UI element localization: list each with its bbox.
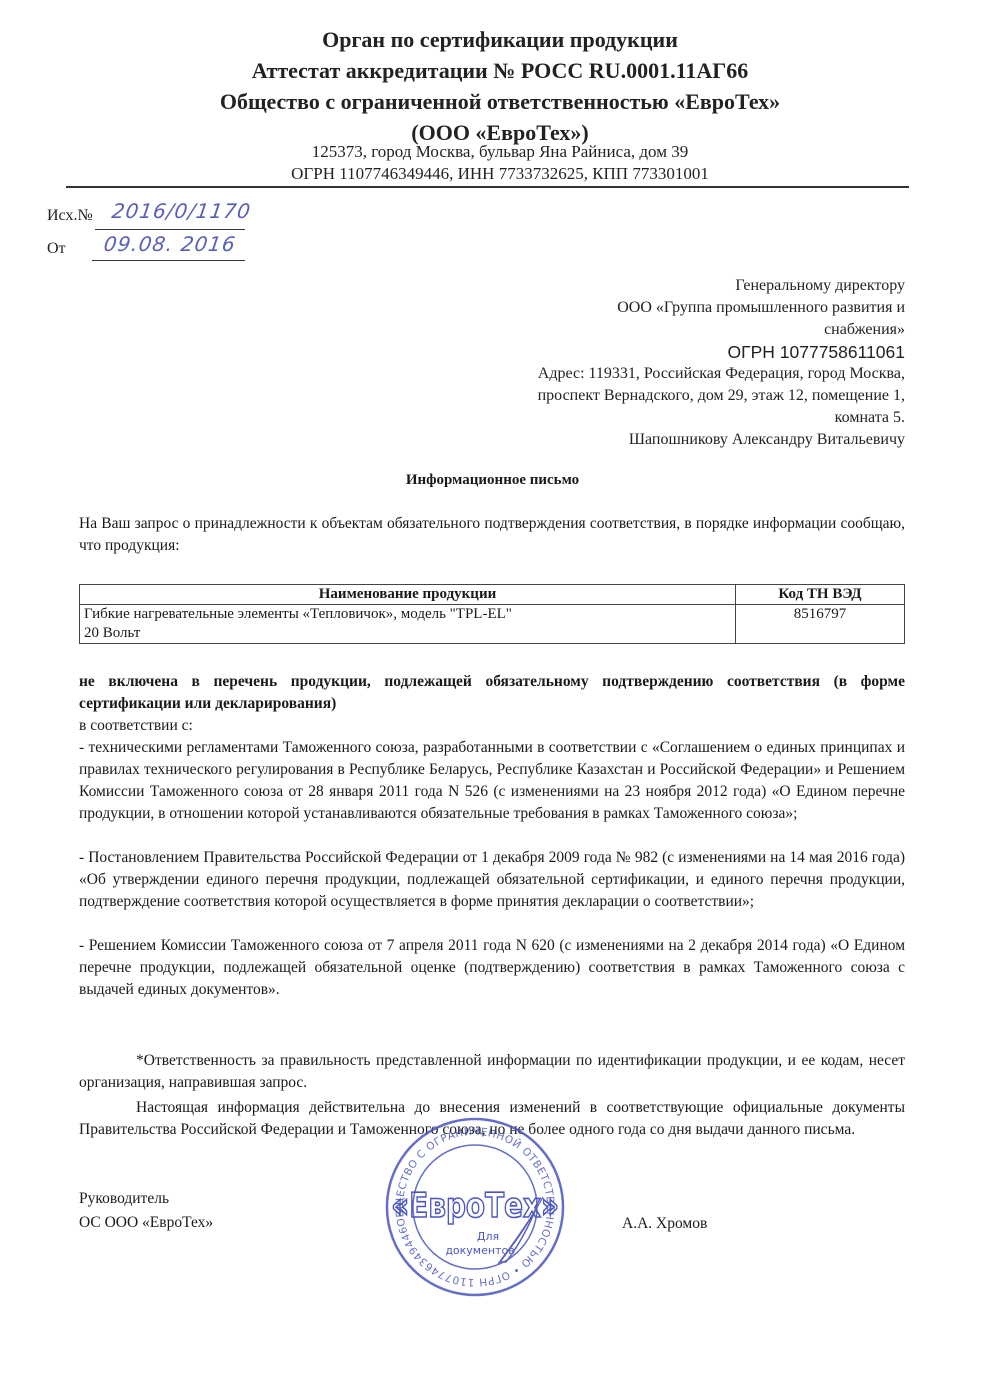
header-registration: ОГРН 1107746349446, ИНН 7733732625, КПП … (0, 163, 1000, 185)
letter-intro: На Ваш запрос о принадлежности к объекта… (79, 513, 905, 557)
stamp-brand-text: «ЕвроТех» (391, 1186, 559, 1225)
header-address: 125373, город Москва, бульвар Яна Райнис… (0, 141, 1000, 163)
letter-note-responsibility: *Ответственность за правильность предста… (79, 1050, 905, 1094)
signature-role-line1: Руководитель (79, 1187, 213, 1211)
stamp-seal-icon: ОБЩЕСТВО С ОГРАНИЧЕННОЙ ОТВЕТСТВЕННОСТЬЮ… (380, 1112, 570, 1302)
letter-title: Информационное письмо (0, 472, 985, 489)
stamp-sub-line1: Для (477, 1230, 499, 1243)
header-company-full-name: Общество с ограниченной ответственностью… (0, 86, 1000, 117)
letter-accordance: в соответствии с: (79, 715, 905, 737)
header-org-title: Орган по сертификации продукции (0, 24, 1000, 55)
addressee-address-line3: комната 5. (465, 407, 905, 429)
product-name-line2: 20 Вольт (84, 624, 731, 643)
letter-item-2: - Постановлением Правительства Российско… (79, 847, 905, 913)
header-divider (66, 186, 909, 188)
outgoing-number-row: Исх.№ (47, 207, 93, 225)
addressee-company-line2: снабжения» (465, 319, 905, 341)
letter-item-3: - Решением Комиссии Таможенного союза от… (79, 935, 905, 1001)
company-stamp: ОБЩЕСТВО С ОГРАНИЧЕННОЙ ОТВЕТСТВЕННОСТЬЮ… (380, 1112, 570, 1302)
addressee-person: Шапошникову Александру Витальевичу (465, 429, 905, 451)
product-name-line1: Гибкие нагревательные элементы «Теплович… (84, 605, 731, 624)
signature-role-line2: ОС ООО «ЕвроТех» (79, 1211, 213, 1235)
signature-role: Руководитель ОС ООО «ЕвроТех» (79, 1187, 213, 1235)
outgoing-date-row: От (47, 240, 66, 258)
letter-conclusion: не включена в перечень продукции, подлеж… (79, 671, 905, 715)
letter-item-1: - техническими регламентами Таможенного … (79, 737, 905, 825)
outgoing-number-label: Исх.№ (47, 207, 93, 224)
outgoing-number-handwritten: 2016/0/1170 (110, 199, 252, 223)
document-page: Орган по сертификации продукции Аттестат… (0, 0, 1000, 1375)
addressee-block: Генеральному директору ООО «Группа промы… (465, 275, 905, 451)
signature-name: А.А. Хромов (622, 1215, 707, 1233)
table-row: Гибкие нагревательные элементы «Теплович… (80, 605, 905, 644)
outgoing-date-handwritten: 09.08. 2016 (102, 232, 237, 256)
product-table: Наименование продукции Код ТН ВЭД Гибкие… (79, 584, 905, 644)
product-table-header: Наименование продукции Код ТН ВЭД (80, 585, 905, 605)
column-header-tnved-code: Код ТН ВЭД (736, 585, 905, 605)
addressee-ogrn: ОГРН 1077758611061 (465, 341, 905, 363)
outgoing-date-label: От (47, 240, 66, 257)
addressee-address-line2: проспект Вернадского, дом 29, этаж 12, п… (465, 385, 905, 407)
addressee-address-line1: Адрес: 119331, Российская Федерация, гор… (465, 363, 905, 385)
header-accreditation: Аттестат аккредитации № РОСС RU.0001.11А… (0, 55, 1000, 86)
addressee-position: Генеральному директору (465, 275, 905, 297)
column-header-product-name: Наименование продукции (80, 585, 736, 605)
product-code-cell: 8516797 (736, 605, 905, 644)
product-name-cell: Гибкие нагревательные элементы «Теплович… (80, 605, 736, 644)
addressee-company-line1: ООО «Группа промышленного развития и (465, 297, 905, 319)
